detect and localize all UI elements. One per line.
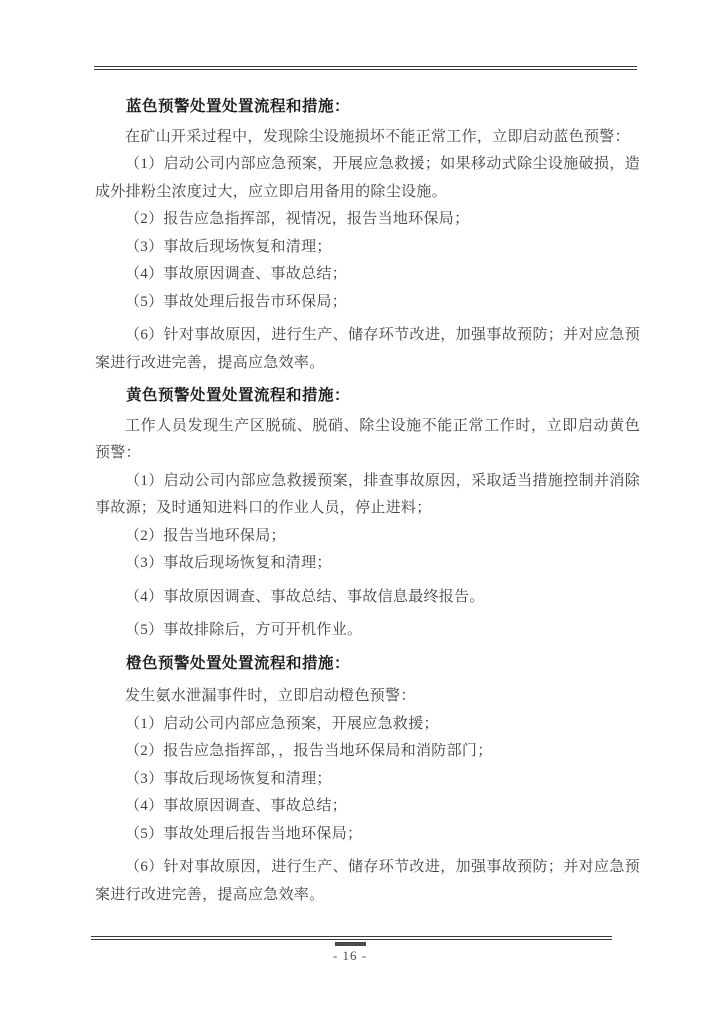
section-blue-warning: 蓝色预警处置处置流程和措施： 在矿山开采过程中，发现除尘设施损坏不能正常工作，立… — [95, 93, 640, 377]
step-item: （5）事故处理后报告当地环保局； — [95, 821, 640, 849]
header-rule — [94, 66, 637, 70]
step-item: （5）事故处理后报告市环保局； — [95, 289, 640, 317]
step-item: （3）事故后现场恢复和清理； — [95, 234, 640, 262]
section-orange-warning: 橙色预警处置处置流程和措施： 发生氨水泄漏事件时，立即启动橙色预警： （1）启动… — [95, 650, 640, 910]
step-item: （1）启动公司内部应急预案，开展应急救援；如果移动式除尘设施破损，造成外排粉尘浓… — [95, 151, 640, 206]
paragraph: 工作人员发现生产区脱硫、脱硝、除尘设施不能正常工作时，立即启动黄色预警： — [95, 413, 640, 468]
step-item: （5）事故排除后，方可开机作业。 — [95, 617, 640, 645]
paragraph: 在矿山开采过程中，发现除尘设施损坏不能正常工作，立即启动蓝色预警： — [95, 124, 640, 152]
page-number: - 16 - — [290, 948, 410, 964]
section-heading: 蓝色预警处置处置流程和措施： — [95, 93, 640, 121]
step-item: （2）报告当地环保局； — [95, 523, 640, 551]
step-item: （2）报告应急指挥部，，报告当地环保局和消防部门； — [95, 738, 640, 766]
step-item: （4）事故原因调查、事故总结、事故信息最终报告。 — [95, 584, 640, 612]
step-item: （3）事故后现场恢复和清理； — [95, 766, 640, 794]
section-heading: 橙色预警处置处置流程和措施： — [95, 650, 640, 678]
document-page: 蓝色预警处置处置流程和措施： 在矿山开采过程中，发现除尘设施损坏不能正常工作，立… — [0, 0, 724, 1024]
paragraph: 发生氨水泄漏事件时，立即启动橙色预警： — [95, 683, 640, 711]
step-item: （1）启动公司内部应急救援预案，排查事故原因，采取适当措施控制并消除事故源；及时… — [95, 468, 640, 523]
step-item: （3）事故后现场恢复和清理； — [95, 550, 640, 578]
document-body: 蓝色预警处置处置流程和措施： 在矿山开采过程中，发现除尘设施损坏不能正常工作，立… — [95, 88, 640, 909]
footer-rule — [91, 936, 612, 940]
step-item: （6）针对事故原因，进行生产、储存环节改进，加强事故预防；并对应急预案进行改进完… — [95, 854, 640, 909]
step-item: （1）启动公司内部应急预案，开展应急救援； — [95, 711, 640, 739]
step-item: （2）报告应急指挥部，视情况，报告当地环保局； — [95, 206, 640, 234]
section-yellow-warning: 黄色预警处置处置流程和措施： 工作人员发现生产区脱硫、脱硝、除尘设施不能正常工作… — [95, 382, 640, 645]
step-item: （6）针对事故原因，进行生产、储存环节改进，加强事故预防；并对应急预案进行改进完… — [95, 322, 640, 377]
section-heading: 黄色预警处置处置流程和措施： — [95, 382, 640, 410]
step-item: （4）事故原因调查、事故总结； — [95, 793, 640, 821]
step-item: （4）事故原因调查、事故总结； — [95, 261, 640, 289]
page-number-mark — [335, 942, 366, 946]
